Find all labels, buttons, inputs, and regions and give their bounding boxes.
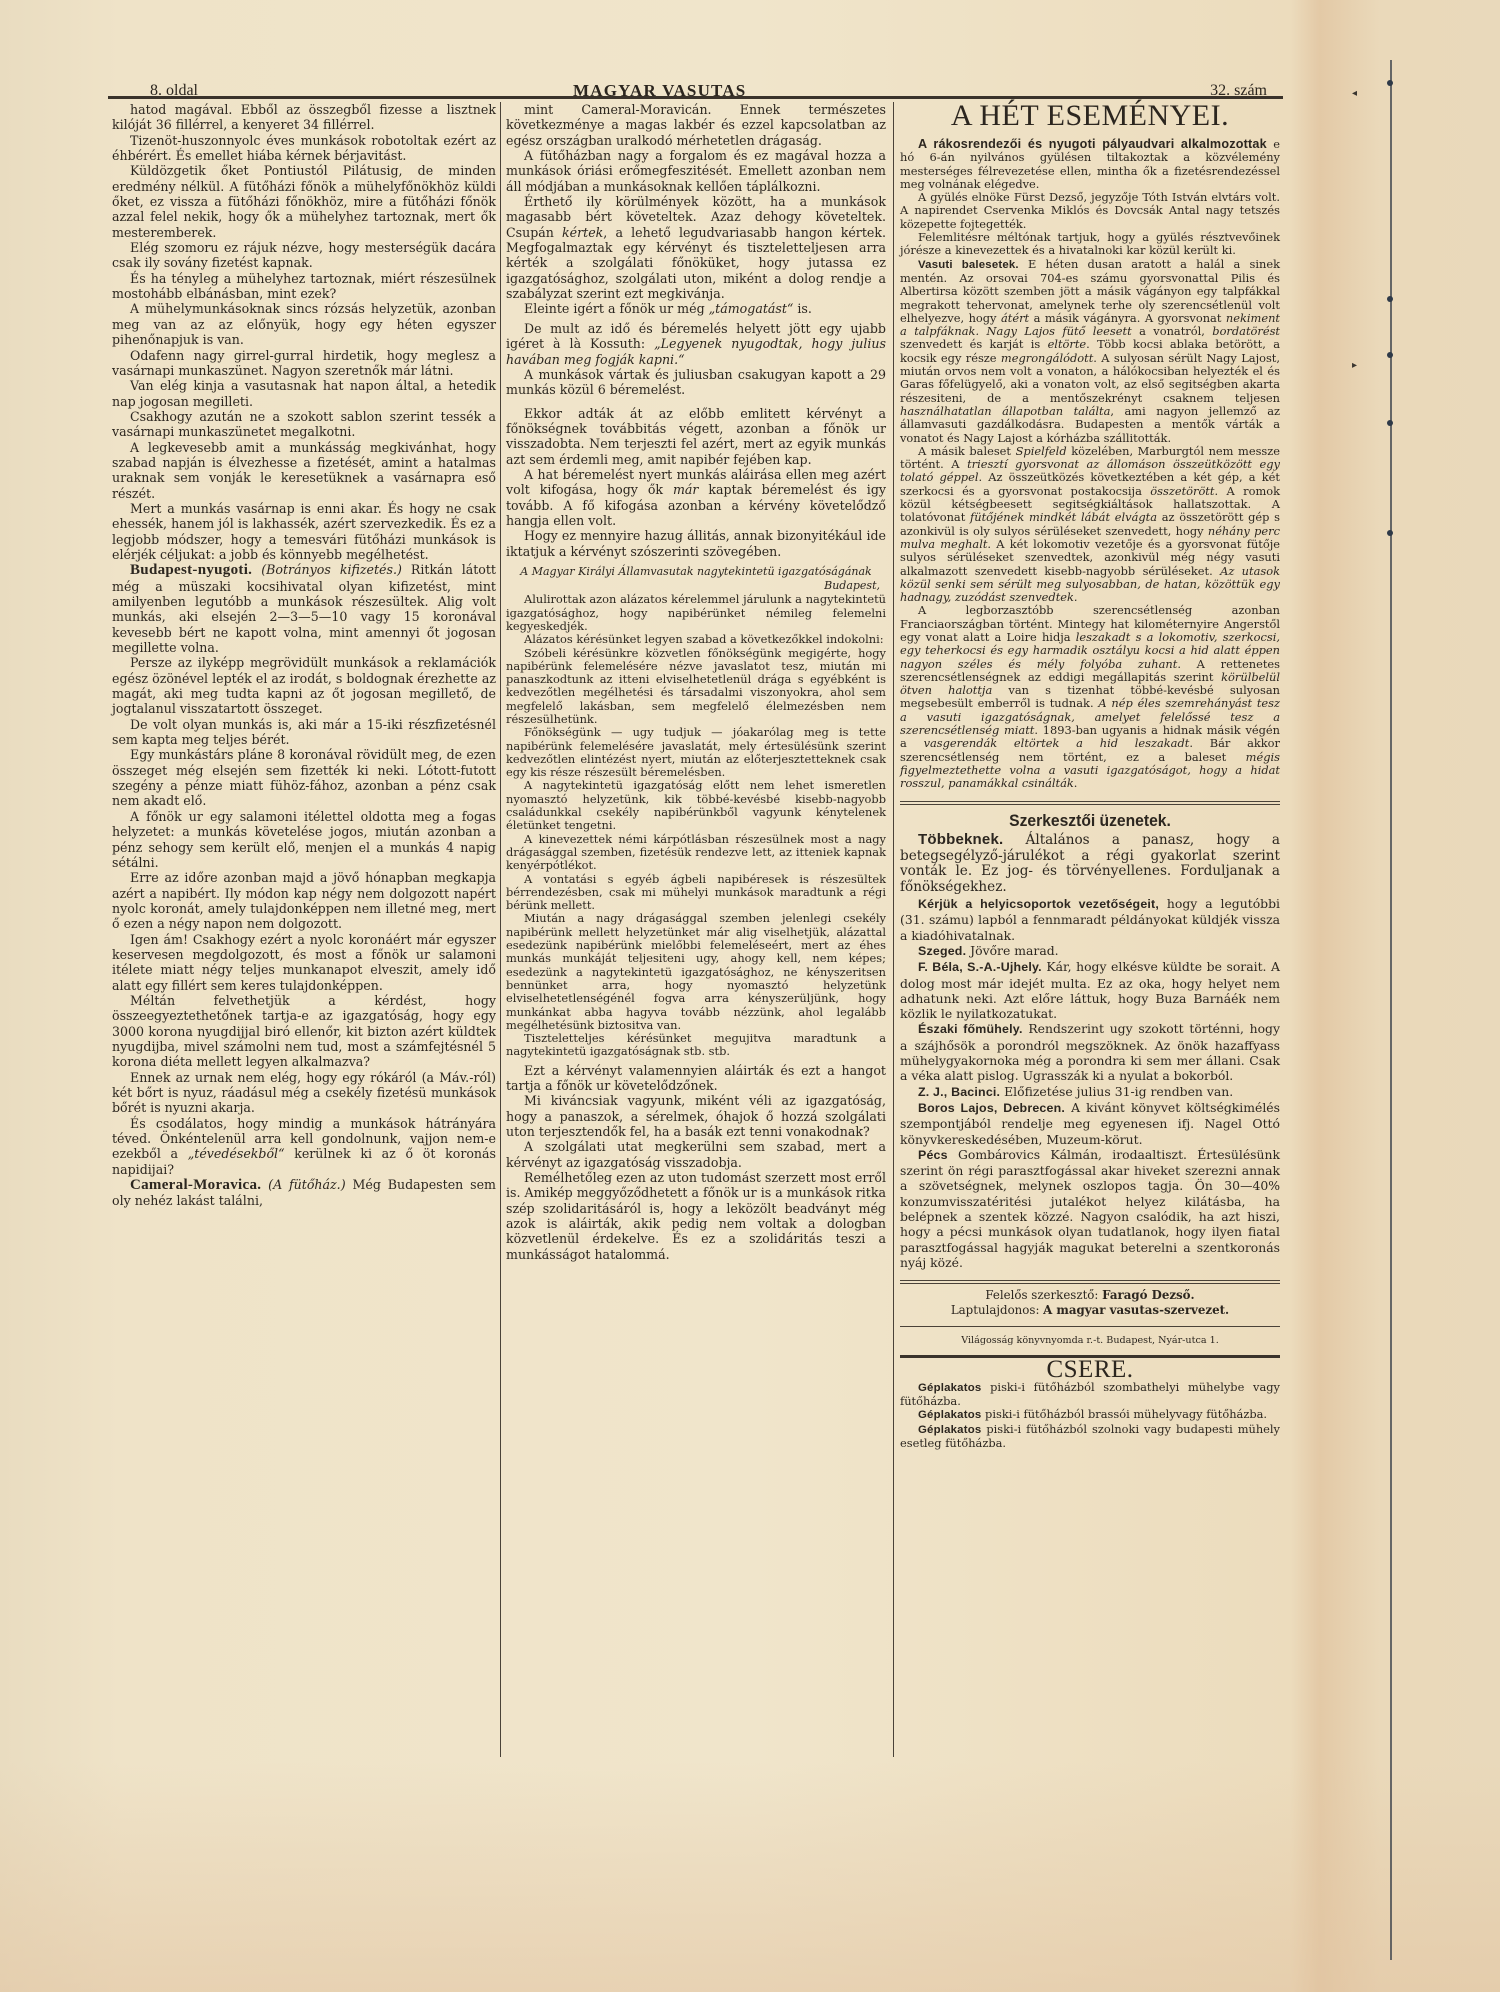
paragraph: Eleinte igért a főnök ur még „támogatást… bbox=[506, 301, 886, 316]
column-1: hatod magával. Ebből az összegből fizess… bbox=[112, 102, 496, 1209]
message-recipient: Boros Lajos, Debrecen. bbox=[918, 1101, 1065, 1115]
paragraph: Küldözgetik őket Pontiustól Pilátusig, d… bbox=[112, 163, 496, 240]
column-2-paragraphs-a: mint Cameral-Moravicán. Ennek természete… bbox=[506, 102, 886, 194]
job-title: Géplakatos bbox=[918, 1424, 981, 1436]
section-divider bbox=[900, 1326, 1280, 1327]
editor-message: Többeknek. Általános a panasz, hogy a be… bbox=[900, 832, 1280, 896]
newspaper-columns: hatod magával. Ebből az összegből fizess… bbox=[108, 102, 1283, 1757]
exchange-item: Géplakatos piski-i fütőházból brassói mü… bbox=[900, 1408, 1280, 1422]
column-2-paragraphs-b: A munkások vártak és juliusban csakugyan… bbox=[506, 367, 886, 398]
column-1-paragraphs: hatod magával. Ebből az összegből fizess… bbox=[112, 102, 496, 562]
petition-text: A Magyar Királyi Államvasutak nagytekint… bbox=[506, 565, 886, 1059]
binding-spine bbox=[1390, 60, 1392, 1960]
editor-message: F. Béla, S.-A.-Ujhely. Kár, hogy elkésve… bbox=[900, 959, 1280, 1021]
petition-place: Budapest, bbox=[506, 578, 886, 593]
event-meeting: A rákosrendezői és nyugoti pályaudvari a… bbox=[900, 138, 1280, 191]
paragraph: A fütőházban nagy a forgalom és ez magáv… bbox=[506, 148, 886, 194]
section-heading-events: A HÉT ESEMÉNYEI. bbox=[900, 100, 1280, 132]
paragraph: A mühelymunkásoknak sincs rózsás helyzet… bbox=[112, 301, 496, 347]
paragraph: Remélhetőleg ezen az uton tudomást szerz… bbox=[506, 1170, 886, 1262]
column-divider bbox=[893, 102, 894, 1757]
paragraph: hatod magával. Ebből az összegből fizess… bbox=[112, 102, 496, 133]
section-divider bbox=[900, 801, 1280, 805]
event-accidents: Vasuti balesetek. E héten dusan aratott … bbox=[900, 258, 1280, 445]
editor-message: Szeged. Jövőre marad. bbox=[900, 943, 1280, 959]
column-divider bbox=[500, 102, 501, 1757]
article-budapest-paragraphs: Persze az ilyképp megrövidült munkások a… bbox=[112, 655, 496, 1115]
article-heading-budapest: Budapest-nyugoti. bbox=[130, 562, 252, 578]
paragraph: A munkások vártak és juliusban csakugyan… bbox=[506, 367, 886, 398]
petition-address: A Magyar Királyi Államvasutak nagytekint… bbox=[506, 565, 886, 578]
column-2-paragraphs-d: Ezt a kérvényt valamennyien aláirták és … bbox=[506, 1063, 886, 1262]
editor-message: Boros Lajos, Debrecen. A kivánt könyvet … bbox=[900, 1100, 1280, 1147]
exchange-item: Géplakatos piski-i fütőházból szolnoki v… bbox=[900, 1423, 1280, 1451]
paragraph: A nagytekintetü igazgatóság előtt nem le… bbox=[506, 779, 886, 832]
owner-name: A magyar vasutas-szervezet. bbox=[1043, 1303, 1229, 1317]
column-3: A HÉT ESEMÉNYEI. A rákosrendezői és nyug… bbox=[900, 102, 1280, 1450]
article-budapest-last: És csodálatos, hogy mindig a munkások há… bbox=[112, 1116, 496, 1177]
paragraph: Felemlitésre méltónak tartjuk, hogy a gy… bbox=[900, 231, 1280, 258]
paragraph: Tizenöt-huszonnyolc éves munkások roboto… bbox=[112, 133, 496, 164]
paragraph: Ezt a kérvényt valamennyien aláirták és … bbox=[506, 1063, 886, 1094]
paragraph: Egy munkástárs pláne 8 koronával rövidül… bbox=[112, 747, 496, 808]
paragraph: A hat béremelést nyert munkás aláirása e… bbox=[506, 467, 886, 528]
margin-mark: ▸ bbox=[1352, 360, 1357, 371]
message-recipient: Z. J., Bacinci. bbox=[918, 1085, 1000, 1099]
article-budapest-first: Budapest-nyugoti. (Botrányos kifizetés.)… bbox=[112, 562, 496, 655]
paragraph: Odafenn nagy girrel-gurral hirdetik, hog… bbox=[112, 348, 496, 379]
article-cameral-first: Cameral-Moravica. (A fütőház.) Még Budap… bbox=[112, 1177, 496, 1209]
printer-line: Világosság könyvnyomda r.-t. Budapest, N… bbox=[900, 1333, 1280, 1348]
paragraph: Igen ám! Csakhogy ezért a nyolc koronáér… bbox=[112, 932, 496, 993]
paragraph: Főnökségünk — ugy tudjuk — jóakarólag me… bbox=[506, 726, 886, 779]
message-recipient: Szeged. bbox=[918, 944, 966, 958]
job-title: Géplakatos bbox=[918, 1382, 981, 1394]
paragraph: Hogy ez mennyire hazug állitás, annak bi… bbox=[506, 528, 886, 559]
event-accidents-2: A másik baleset Spielfeld közelében, Mar… bbox=[900, 445, 1280, 605]
paragraph: A szolgálati utat megkerülni sem szabad,… bbox=[506, 1139, 886, 1170]
paragraph: Alulirottak azon alázatos kérelemmel jár… bbox=[506, 593, 886, 633]
exchange-item: Géplakatos piski-i fütőházból szombathel… bbox=[900, 1381, 1280, 1409]
paragraph: Alázatos kérésünket legyen szabad a köve… bbox=[506, 633, 886, 646]
binding-hole bbox=[1387, 296, 1393, 302]
events-section: A rákosrendezői és nyugoti pályaudvari a… bbox=[900, 138, 1280, 791]
paragraph: Érthető ily körülmények között, ha a mun… bbox=[506, 194, 886, 301]
paragraph: A legkevesebb amit a munkásság megkivánh… bbox=[112, 440, 496, 501]
event-accidents-3: A legborzasztóbb szerencsétlenség azonba… bbox=[900, 604, 1280, 790]
job-title: Géplakatos bbox=[918, 1409, 981, 1421]
paragraph: De mult az idő és béremelés helyett jött… bbox=[506, 321, 886, 367]
section-divider bbox=[900, 1280, 1280, 1284]
editor-messages: Többeknek. Általános a panasz, hogy a be… bbox=[900, 832, 1280, 1270]
column-2: mint Cameral-Moravicán. Ennek természete… bbox=[506, 102, 886, 1262]
paragraph: mint Cameral-Moravicán. Ennek természete… bbox=[506, 102, 886, 148]
paragraph: Méltán felvethetjük a kérdést, hogy össz… bbox=[112, 993, 496, 1070]
binding-hole bbox=[1387, 352, 1393, 358]
paragraph: A főnök ur egy salamoni itélettel oldott… bbox=[112, 809, 496, 870]
article-subtitle: (Botrányos kifizetés.) bbox=[261, 562, 402, 577]
paragraph: Van elég kinja a vasutasnak hat napon ál… bbox=[112, 378, 496, 409]
section-heading-messages: Szerkesztői üzenetek. bbox=[915, 813, 1265, 828]
imprint: Felelős szerkesztő: Faragó Dezső. Laptul… bbox=[900, 1288, 1280, 1318]
paragraph: Tiszteletteljes kérésünket megujitva mar… bbox=[506, 1032, 886, 1059]
message-recipient: Kérjük a helyicsoportok vezetőségeit, bbox=[918, 897, 1159, 911]
paragraph: Csakhogy azután ne a szokott sablon szer… bbox=[112, 409, 496, 440]
margin-mark: ◂ bbox=[1352, 88, 1357, 99]
binding-hole bbox=[1387, 420, 1393, 426]
paragraph: Miután a nagy drágasággal szemben jelenl… bbox=[506, 912, 886, 1032]
paragraph: A vontatási s egyéb ágbeli napibéresek i… bbox=[506, 873, 886, 913]
article-heading-cameral: Cameral-Moravica. bbox=[130, 1177, 261, 1193]
section-heading-exchange: CSERE. bbox=[900, 1362, 1280, 1377]
paragraph: Szóbeli kérésünkre közvetlen főnökségünk… bbox=[506, 647, 886, 727]
paragraph: Ennek az urnak nem elég, hogy egy rókáró… bbox=[112, 1070, 496, 1116]
petition-paragraphs: Alulirottak azon alázatos kérelemmel jár… bbox=[506, 593, 886, 1058]
column-2-paragraphs-c: Ekkor adták át az előbb emlitett kérvény… bbox=[506, 406, 886, 467]
binding-hole bbox=[1387, 530, 1393, 536]
paragraph: És ha tényleg a mühelyhez tartoznak, mié… bbox=[112, 271, 496, 302]
editor-name: Faragó Dezső. bbox=[1102, 1288, 1195, 1302]
paragraph: De volt olyan munkás is, aki már a 15-ik… bbox=[112, 717, 496, 748]
paragraph: Elég szomoru ez rájuk nézve, hogy mester… bbox=[112, 240, 496, 271]
editor-message: Pécs Gombárovics Kálmán, irodaaltiszt. É… bbox=[900, 1147, 1280, 1270]
paragraph: Persze az ilyképp megrövidült munkások a… bbox=[112, 655, 496, 716]
paragraph: A gyülés elnöke Fürst Dezső, jegyzője Tó… bbox=[900, 191, 1280, 231]
editor-message: Északi főmühely. Rendszerint ugy szokott… bbox=[900, 1021, 1280, 1083]
message-recipient: Többeknek. bbox=[918, 831, 1003, 848]
binding-hole bbox=[1387, 80, 1393, 86]
paragraph: A kinevezettek némi kárpótlásban részesü… bbox=[506, 833, 886, 873]
message-recipient: Pécs bbox=[918, 1148, 948, 1162]
editor-message: Z. J., Bacinci. Előfizetése julius 31-ig… bbox=[900, 1084, 1280, 1100]
event-meeting-paragraphs: A gyülés elnöke Fürst Dezső, jegyzője Tó… bbox=[900, 191, 1280, 257]
exchange-listings: Géplakatos piski-i fütőházból szombathel… bbox=[900, 1381, 1280, 1450]
paper-shadow bbox=[0, 1762, 1500, 1992]
paragraph: Mert a munkás vasárnap is enni akar. És … bbox=[112, 501, 496, 562]
message-recipient: Északi főmühely. bbox=[918, 1022, 1023, 1036]
editor-message: Kérjük a helyicsoportok vezetőségeit, ho… bbox=[900, 896, 1280, 943]
message-recipient: F. Béla, S.-A.-Ujhely. bbox=[918, 960, 1042, 974]
paragraph: Ekkor adták át az előbb emlitett kérvény… bbox=[506, 406, 886, 467]
paragraph: Erre az időre azonban majd a jövő hónapb… bbox=[112, 870, 496, 931]
paragraph: Mi kiváncsiak vagyunk, miként véli az ig… bbox=[506, 1093, 886, 1139]
